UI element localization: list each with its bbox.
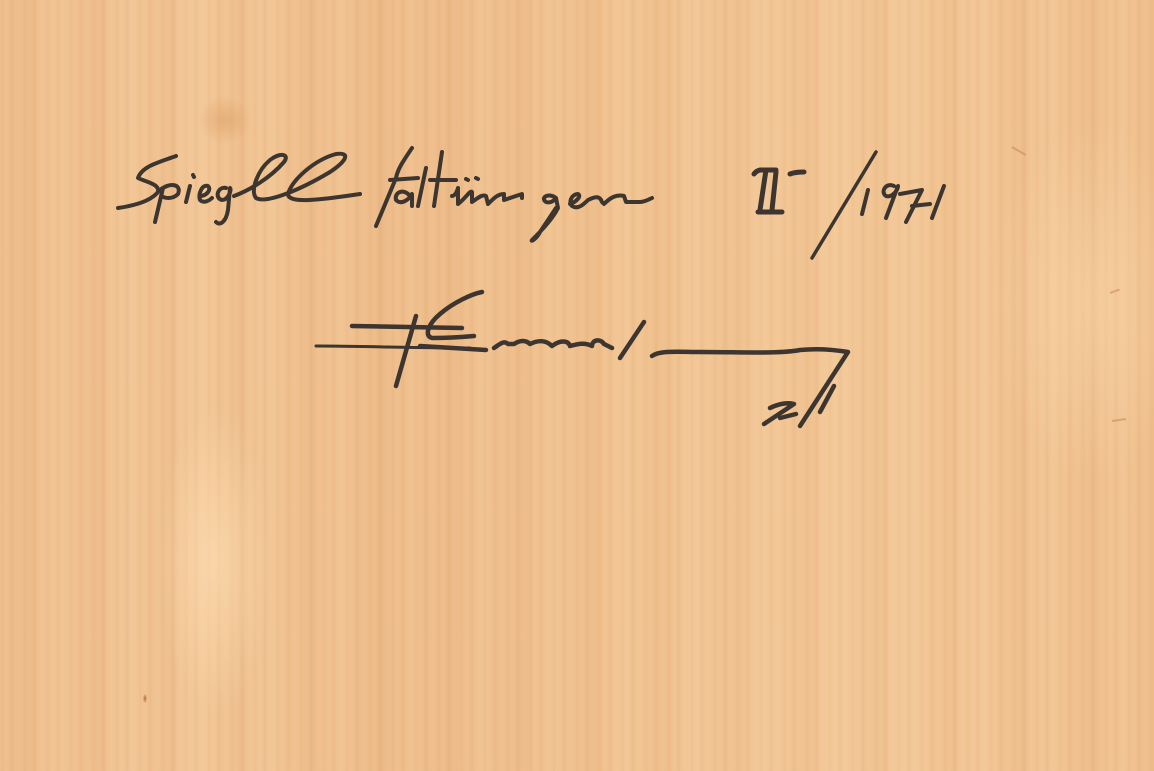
signature-mark [316, 292, 848, 426]
inscription-title [118, 148, 944, 258]
handwriting-layer [0, 0, 1154, 771]
